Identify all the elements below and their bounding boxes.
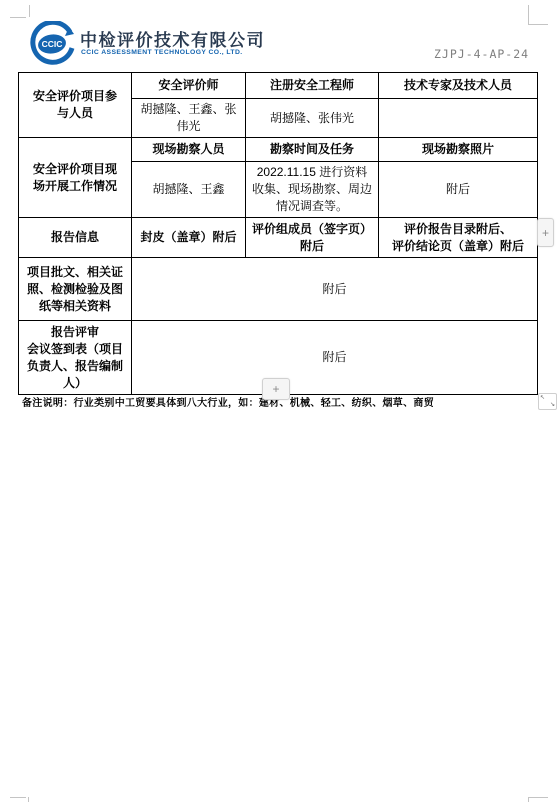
cell-report-cover[interactable]: 封皮（盖章）附后 (132, 218, 246, 258)
cell-experts-names[interactable] (379, 99, 538, 138)
cell-site-survey-staff[interactable]: 胡撼隆、王鑫 (132, 162, 246, 218)
cell-review-signin-header[interactable]: 报告评审 会议签到表（项目 负责人、报告编制 人） (19, 321, 132, 395)
crop-mark-bottom-right-h (528, 797, 548, 798)
crop-mark-top-left-h (10, 17, 26, 18)
document-code: ZJPJ-4-AP-24 (434, 47, 529, 61)
safety-evaluation-form-table: 安全评价项目参 与人员 安全评价师 注册安全工程师 技术专家及技术人员 胡撼隆、… (18, 72, 538, 395)
cell-registered-engineer-names[interactable]: 胡撼隆、张伟光 (246, 99, 379, 138)
cell-report-team-signature[interactable]: 评价组成员（签字页） 附后 (246, 218, 379, 258)
cell-report-info-header[interactable]: 报告信息 (19, 218, 132, 258)
cell-evaluator-header[interactable]: 安全评价师 (132, 73, 246, 99)
cell-attachments-header[interactable]: 项目批文、相关证 照、检测检验及图 纸等相关资料 (19, 258, 132, 321)
plus-icon: + (542, 227, 549, 239)
crop-mark-bottom-right-v (528, 797, 529, 802)
cell-participants-header[interactable]: 安全评价项目参 与人员 (19, 73, 132, 138)
table-resize-handle[interactable]: ↖ ↘ (538, 393, 557, 410)
add-column-button[interactable]: + (537, 218, 554, 247)
company-name-zh: 中检评价技术有限公司 (80, 26, 265, 51)
cell-report-toc-conclusion[interactable]: 评价报告目录附后、 评价结论页（盖章）附后 (379, 218, 538, 258)
cell-site-survey-staff-header[interactable]: 现场勘察人员 (132, 138, 246, 162)
add-row-button[interactable]: + (262, 378, 290, 400)
crop-mark-top-left-v (29, 5, 30, 17)
resize-arrow-nw-icon: ↖ (540, 395, 545, 401)
crop-mark-top-right-v (528, 5, 529, 24)
svg-text:CCIC: CCIC (42, 39, 63, 49)
cell-survey-time-task[interactable]: 2022.11.15 进行资料 收集、现场勘察、周边 情况调查等。 (246, 162, 379, 218)
crop-mark-bottom-left-h (10, 797, 26, 798)
cell-evaluator-names[interactable]: 胡撼隆、王鑫、张 伟光 (132, 99, 246, 138)
cell-registered-engineer-header[interactable]: 注册安全工程师 (246, 73, 379, 99)
company-name-en: CCIC ASSESSMENT TECHNOLOGY CO., LTD. (81, 49, 243, 56)
plus-icon: + (272, 383, 279, 395)
cell-review-signin-value[interactable]: 附后 (132, 321, 538, 395)
crop-mark-bottom-left-v (28, 797, 29, 802)
resize-arrow-se-icon: ↘ (550, 402, 555, 408)
cell-survey-time-task-header[interactable]: 勘察时间及任务 (246, 138, 379, 162)
ccic-logo-icon: CCIC (29, 21, 77, 66)
cell-survey-photos[interactable]: 附后 (379, 162, 538, 218)
cell-experts-header[interactable]: 技术专家及技术人员 (379, 73, 538, 99)
cell-survey-photos-header[interactable]: 现场勘察照片 (379, 138, 538, 162)
crop-mark-top-right-h (528, 24, 548, 25)
cell-site-work-header[interactable]: 安全评价项目现 场开展工作情况 (19, 138, 132, 218)
cell-attachments-value[interactable]: 附后 (132, 258, 538, 321)
